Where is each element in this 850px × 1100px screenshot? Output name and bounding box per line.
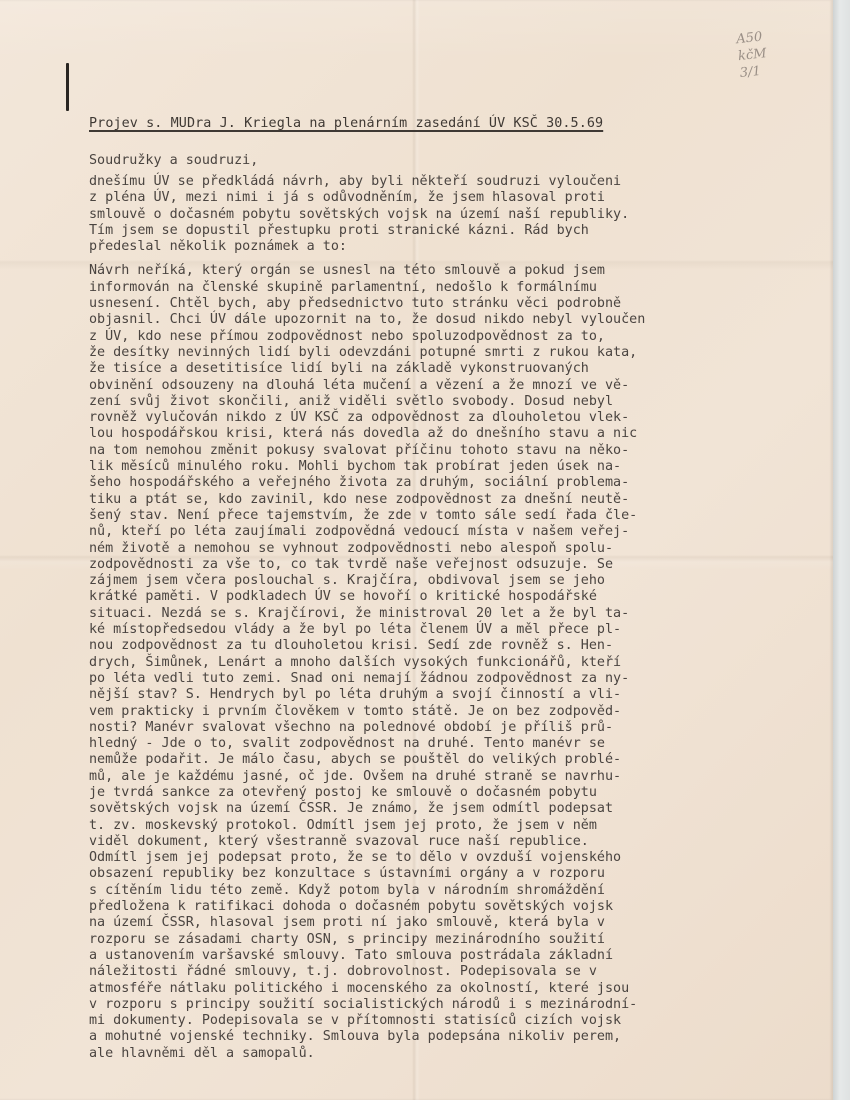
text-line: nější stav? S. Hendrych byl po léta druh… [89,687,789,703]
text-line: usnesení. Chtěl bych, aby předsednictvo … [89,296,789,312]
text-line: že desítky nevinných lidí byli odevzdáni… [89,345,789,361]
text-line: ale hlavněmi děl a samopalů. [89,1046,789,1062]
text-line: na území ČSSR, hlasoval jsem proti ní ja… [89,915,789,931]
text-line: ném životě a nemohou se vyhnout zodpověd… [89,541,789,557]
text-line: situaci. Nezdá se s. Krajčírovi, že mini… [89,606,789,622]
text-line: viděl dokument, který všestranně svazova… [89,834,789,850]
text-line: t. zv. moskevský protokol. Odmítl jsem j… [89,818,789,834]
text-line: rozporu se zásadami charty OSN, s princi… [89,932,789,948]
text-line: zodpovědnosti za vše to, co tak tvrdě na… [89,557,789,573]
document-title: Projev s. MUDra J. Kriegla na plenárním … [89,116,789,131]
text-line: Návrh neříká, který orgán se usnesl na t… [89,263,789,279]
paragraph-intro: dnešímu ÚV se předkládá návrh, aby byli … [89,174,789,255]
text-line: z ÚV, kdo nese přímou zodpovědnost nebo … [89,329,789,345]
text-line: vem prakticky i prvním člověkem v tomto … [89,704,789,720]
text-line: lik měsíců minulého roku. Mohli bychom t… [89,459,789,475]
text-line: z pléna ÚV, mezi nimi i já s odůvodněním… [89,190,789,206]
paragraph-main: Návrh neříká, který orgán se usnesl na t… [89,263,789,1062]
text-line: šeho hospodářského a veřejného života za… [89,475,789,491]
text-line: je tvrdá sankce za otevřený postoj ke sm… [89,785,789,801]
text-line: hledný - Jde o to, svalit zodpovědnost n… [89,736,789,752]
text-line: nou zodpovědnost za tu dlouholetou krisi… [89,638,789,654]
text-line: atmosféře nátlaku politického i mocenské… [89,981,789,997]
typewritten-page: A50 kčM 3/1 Projev s. MUDra J. Kriegla n… [0,0,833,1100]
text-line: a ustanovením varšavské smlouvy. Tato sm… [89,948,789,964]
text-line: že tisíce a desetitisíce lidí byli na zá… [89,361,789,377]
text-line: obvinění odsouzeny na dlouhá léta mučení… [89,378,789,394]
text-line: krátké paměti. V podkladech ÚV se hovoří… [89,589,789,605]
text-line: mů, ale je každému jasné, oč jde. Ovšem … [89,769,789,785]
text-line: nosti? Manévr svalovat všechno na poledn… [89,720,789,736]
text-line: tiku a ptát se, kdo zavinil, kdo nese zo… [89,492,789,508]
text-line: obsazení republiky bez konzultace s ústa… [89,866,789,882]
text-line: Tím jsem se dopustil přestupku proti str… [89,223,789,239]
text-line: předložena k ratifikaci dohoda o dočasné… [89,899,789,915]
text-line: ké místopředsedou vlády a že byl po léta… [89,622,789,638]
text-line: předeslal několik poznámek a to: [89,239,789,255]
margin-mark [66,63,69,111]
text-line: po léta vedli tuto zemi. Snad oni nemají… [89,671,789,687]
text-line: zájmem jsem včera poslouchal s. Krajčíra… [89,573,789,589]
text-line: zení svůj život skončili, aniž viděli sv… [89,394,789,410]
text-line: drych, Šimůnek, Lenárt a mnoho dalších v… [89,655,789,671]
text-line: smlouvě o dočasném pobytu sovětských voj… [89,207,789,223]
text-line: lou hospodářskou krisi, která nás dovedl… [89,426,789,442]
text-line: mi dokumenty. Podepisovala se v přítomno… [89,1013,789,1029]
text-line: nů, kteří po léta zaujímali zodpovědná v… [89,524,789,540]
text-line: na tom nemohou změnit pokusy svalovat př… [89,443,789,459]
salutation: Soudružky a soudruzi, [89,153,789,168]
handwritten-archive-note: A50 kčM 3/1 [735,25,800,82]
text-line: dnešímu ÚV se předkládá návrh, aby byli … [89,174,789,190]
text-line: s cítěním lidu této země. Když potom byl… [89,883,789,899]
text-line: Odmítl jsem jej podepsat proto, že se to… [89,850,789,866]
text-line: objasnil. Chci ÚV dále upozornit na to, … [89,312,789,328]
scanner-edge [833,0,850,1100]
text-line: rovněž vylučován nikdo z ÚV KSČ za odpov… [89,410,789,426]
text-line: náležitosti řádné smlouvy, t.j. dobrovol… [89,964,789,980]
text-line: sovětských vojsk na území ČSSR. Je známo… [89,801,789,817]
text-line: nemůže podařit. Je málo času, abych se p… [89,752,789,768]
document-body: Projev s. MUDra J. Kriegla na plenárním … [89,116,789,1062]
text-line: informován na členské skupině parlamentn… [89,280,789,296]
text-line: a mohutné vojenské techniky. Smlouva byl… [89,1029,789,1045]
text-line: šený stav. Není přece tajemstvím, že zde… [89,508,789,524]
text-line: v rozporu s principy soužití socialistic… [89,997,789,1013]
